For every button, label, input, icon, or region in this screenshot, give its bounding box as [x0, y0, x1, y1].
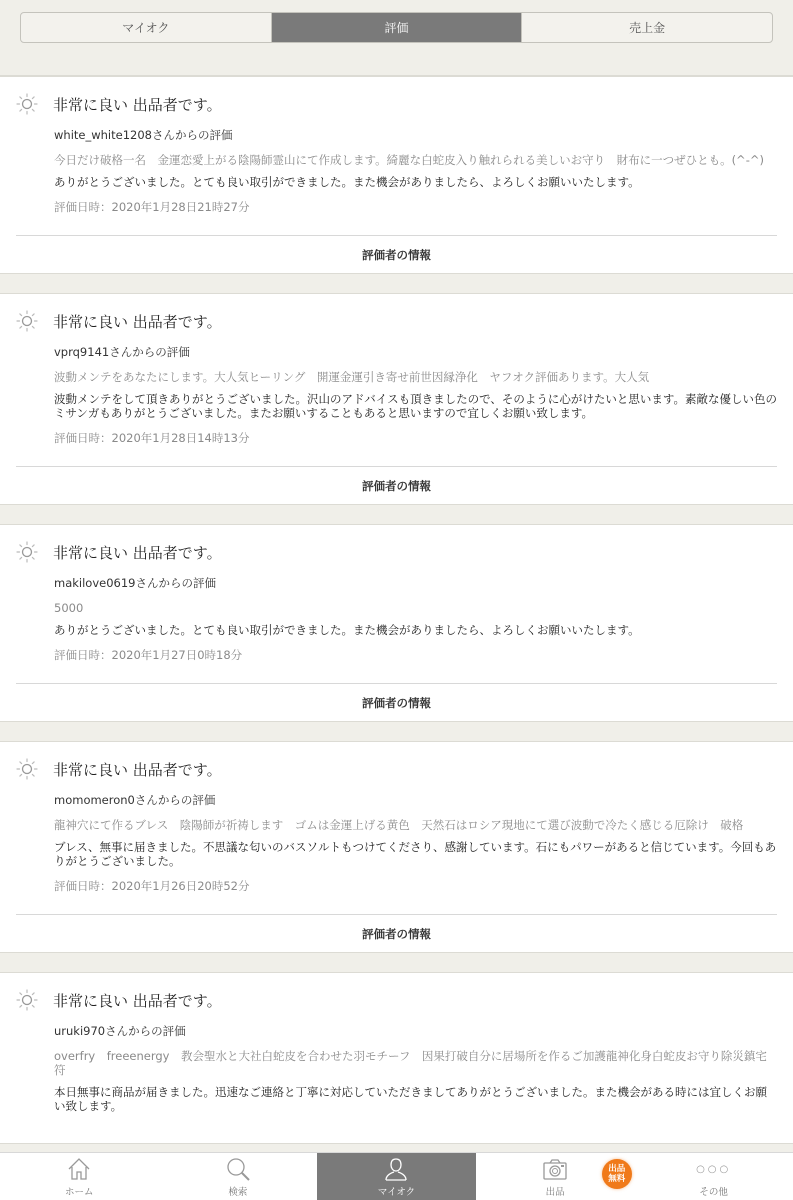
item-title: 波動メンテをあなたにします。大人気ヒーリング 開運金運引き寄せ前世因縁浄化 ヤフ… [54, 370, 777, 384]
item-title: overfry freeenergy 教会聖水と大社白蛇皮を合わせた羽モチーフ … [54, 1049, 777, 1077]
review-card: 非常に良い 出品者です。 white_white1208さんからの評価 今日だけ… [0, 76, 793, 274]
tab-ratings[interactable]: 評価 [272, 13, 523, 42]
review-comment: 本日無事に商品が届きました。迅速なご連絡と丁寧に対応していただきましてありがとう… [54, 1085, 777, 1113]
review-comment: 波動メンテをして頂きありがとうございました。沢山のアドバイスも頂きましたので、そ… [54, 392, 777, 420]
camera-icon [542, 1156, 568, 1182]
reviewer-name: makilove0619さんからの評価 [54, 575, 777, 591]
review-comment: ありがとうございました。とても良い取引ができました。また機会がありましたら、よろ… [54, 623, 777, 637]
reviewer-info-link[interactable]: 評価者の情報 [0, 684, 793, 721]
rating-text: 非常に良い 出品者です。 [53, 94, 222, 115]
review-date: 評価日時：2020年1月28日14時13分 [54, 430, 777, 466]
review-card: 非常に良い 出品者です。 momomeron0さんからの評価 龍神穴にて作るブレ… [0, 741, 793, 953]
sun-icon [16, 758, 38, 780]
review-date [54, 1123, 777, 1143]
sun-icon [16, 989, 38, 1011]
rating-text: 非常に良い 出品者です。 [53, 990, 222, 1011]
free-listing-badge: 出品 無料 [602, 1159, 632, 1189]
reviewer-name: momomeron0さんからの評価 [54, 792, 777, 808]
item-title: 5000 [54, 601, 777, 615]
review-card: 非常に良い 出品者です。 makilove0619さんからの評価 5000 あり… [0, 524, 793, 722]
segmented-tabs: マイオク 評価 売上金 [20, 12, 773, 43]
rating-row: 非常に良い 出品者です。 [16, 987, 777, 1013]
item-title: 今日だけ破格一名 金運恋愛上がる陰陽師霊山にて作成します。綺麗な白蛇皮入り触れら… [54, 153, 777, 167]
rating-row: 非常に良い 出品者です。 [16, 756, 777, 782]
reviewer-info-link[interactable]: 評価者の情報 [0, 236, 793, 273]
bottom-nav: ホーム 検索 マイオク 出品 出品 無料 ○○○ その他 [0, 1152, 793, 1200]
rating-row: 非常に良い 出品者です。 [16, 539, 777, 565]
review-date: 評価日時：2020年1月27日0時18分 [54, 647, 777, 683]
review-list: 非常に良い 出品者です。 white_white1208さんからの評価 今日だけ… [0, 76, 793, 1144]
nav-label: ホーム [65, 1184, 94, 1198]
sun-icon [16, 93, 38, 115]
reviewer-name: white_white1208さんからの評価 [54, 127, 777, 143]
badge-line-1: 出品 [608, 1164, 625, 1174]
review-comment: ありがとうございました。とても良い取引ができました。また機会がありましたら、よろ… [54, 175, 777, 189]
review-date: 評価日時：2020年1月28日21時27分 [54, 199, 777, 235]
review-card: 非常に良い 出品者です。 uruki970さんからの評価 overfry fre… [0, 972, 793, 1144]
nav-sell[interactable]: 出品 出品 無料 [476, 1153, 635, 1200]
nav-more[interactable]: ○○○ その他 [634, 1153, 793, 1200]
reviewer-name: vprq9141さんからの評価 [54, 344, 777, 360]
nav-home[interactable]: ホーム [0, 1153, 159, 1200]
rating-text: 非常に良い 出品者です。 [53, 542, 222, 563]
review-card: 非常に良い 出品者です。 vprq9141さんからの評価 波動メンテをあなたにし… [0, 293, 793, 505]
more-icon: ○○○ [696, 1156, 731, 1182]
tab-myauction[interactable]: マイオク [21, 13, 272, 42]
rating-row: 非常に良い 出品者です。 [16, 91, 777, 117]
rating-text: 非常に良い 出品者です。 [53, 311, 222, 332]
user-icon [383, 1156, 409, 1182]
reviewer-info-link[interactable]: 評価者の情報 [0, 915, 793, 952]
nav-label: マイオク [378, 1184, 415, 1198]
reviewer-name: uruki970さんからの評価 [54, 1023, 777, 1039]
sun-icon [16, 541, 38, 563]
top-bar: マイオク 評価 売上金 [0, 0, 793, 76]
tab-sales[interactable]: 売上金 [522, 13, 772, 42]
nav-label: その他 [699, 1184, 728, 1198]
nav-search[interactable]: 検索 [159, 1153, 318, 1200]
nav-label: 出品 [546, 1184, 565, 1198]
nav-label: 検索 [228, 1184, 247, 1198]
nav-myauction[interactable]: マイオク [317, 1153, 476, 1200]
review-comment: ブレス、無事に届きました。不思議な匂いのバスソルトもつけてくださり、感謝していま… [54, 840, 777, 868]
home-icon [66, 1156, 92, 1182]
reviewer-info-link[interactable]: 評価者の情報 [0, 467, 793, 504]
item-title: 龍神穴にて作るブレス 陰陽師が祈祷します ゴムは金運上げる黄色 天然石はロシア現… [54, 818, 777, 832]
rating-text: 非常に良い 出品者です。 [53, 759, 222, 780]
sun-icon [16, 310, 38, 332]
rating-row: 非常に良い 出品者です。 [16, 308, 777, 334]
badge-line-2: 無料 [608, 1174, 625, 1184]
search-icon [225, 1156, 251, 1182]
review-date: 評価日時：2020年1月26日20時52分 [54, 878, 777, 914]
